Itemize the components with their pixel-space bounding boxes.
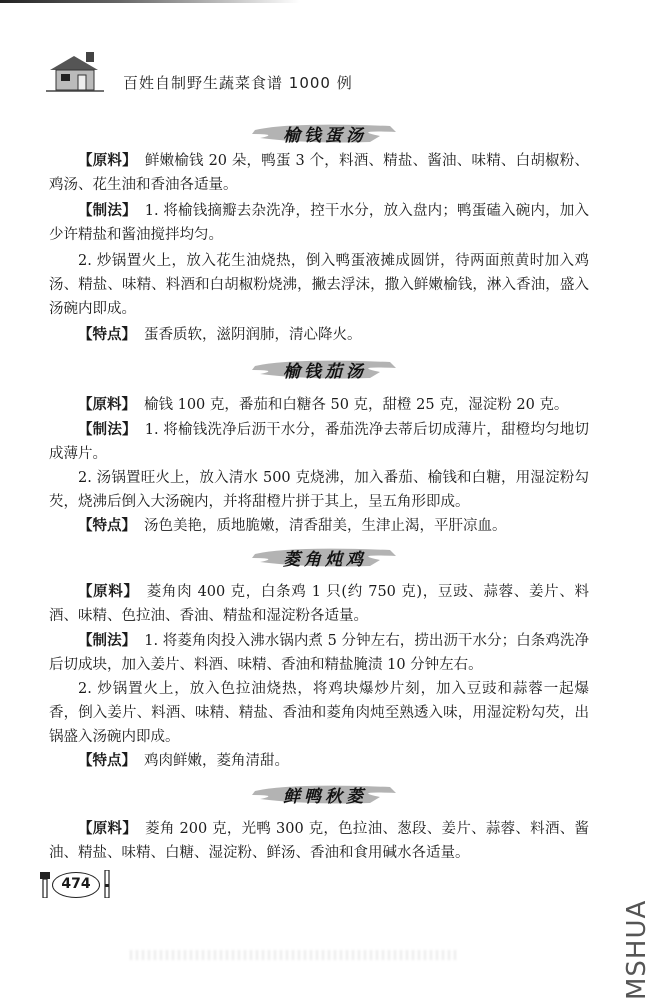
house-icon	[46, 48, 106, 94]
recipe-ingredients: 【原料】榆钱 100 克，番茄和白糖各 50 克，甜橙 25 克，湿淀粉 20 …	[49, 393, 589, 417]
recipe-features: 【特点】鸡肉鲜嫩，菱角清甜。	[49, 749, 589, 773]
recipe-features: 【特点】蛋香质软，滋阴润肺，清心降火。	[49, 323, 589, 347]
recipe-ingredients: 【原料】菱角肉 400 克，白条鸡 1 只(约 750 克)，豆豉、蒜蓉、姜片、…	[49, 580, 589, 628]
recipe-title: 鲜鸭秋菱	[250, 779, 400, 809]
recipe-title: 榆钱茄汤	[250, 354, 400, 384]
recipe-ingredients: 【原料】菱角 200 克，光鸭 300 克，色拉油、葱段、姜片、蒜蓉、料酒、酱油…	[49, 817, 589, 865]
scan-edge-shadow	[0, 0, 300, 3]
recipe-title: 榆钱蛋汤	[250, 118, 400, 148]
recipe-method-step: 2. 汤锅置旺火上，放入清水 500 克烧沸，加入番茄、榆钱和白糖，用湿淀粉勾芡…	[49, 466, 589, 514]
recipe-features: 【特点】汤色美艳，质地脆嫩，清香甜美，生津止渴，平肝凉血。	[49, 514, 589, 538]
recipe-method-step: 【制法】1. 将榆钱洗净后沥干水分，番茄洗净去蒂后切成薄片，甜橙均匀地切成薄片。	[49, 418, 589, 466]
recipe-method-step: 【制法】1. 将菱角肉投入沸水锅内煮 5 分钟左右，捞出沥干水分；白条鸡洗净后切…	[49, 629, 589, 677]
scan-artifact	[130, 950, 460, 960]
knife-icon	[102, 870, 112, 898]
recipe-title: 菱角炖鸡	[250, 542, 400, 572]
recipe-method-step: 2. 炒锅置火上，放入花生油烧热，倒入鸭蛋液摊成圆饼，待两面煎黄时加入鸡汤、精盐…	[49, 249, 589, 321]
recipe-method-step: 【制法】1. 将榆钱摘瓣去杂洗净，控干水分，放入盘内；鸭蛋磕入碗内，加入少许精盐…	[49, 199, 589, 247]
recipe-method-step: 2. 炒锅置火上，放入色拉油烧热，将鸡块爆炒片刻，加入豆豉和蒜蓉一起爆香，倒入姜…	[49, 677, 589, 749]
page-number-badge: 474	[40, 870, 120, 900]
running-header: 百姓自制野生蔬菜食谱 1000 例	[46, 48, 446, 96]
page-number: 474	[52, 876, 100, 892]
fork-icon	[40, 872, 50, 898]
book-title: 百姓自制野生蔬菜食谱 1000 例	[123, 72, 353, 93]
recipe-ingredients: 【原料】鲜嫩榆钱 20 朵，鸭蛋 3 个，料酒、精盐、酱油、味精、白胡椒粉、鸡汤…	[49, 149, 589, 197]
watermark: MSHUA	[622, 900, 652, 1000]
